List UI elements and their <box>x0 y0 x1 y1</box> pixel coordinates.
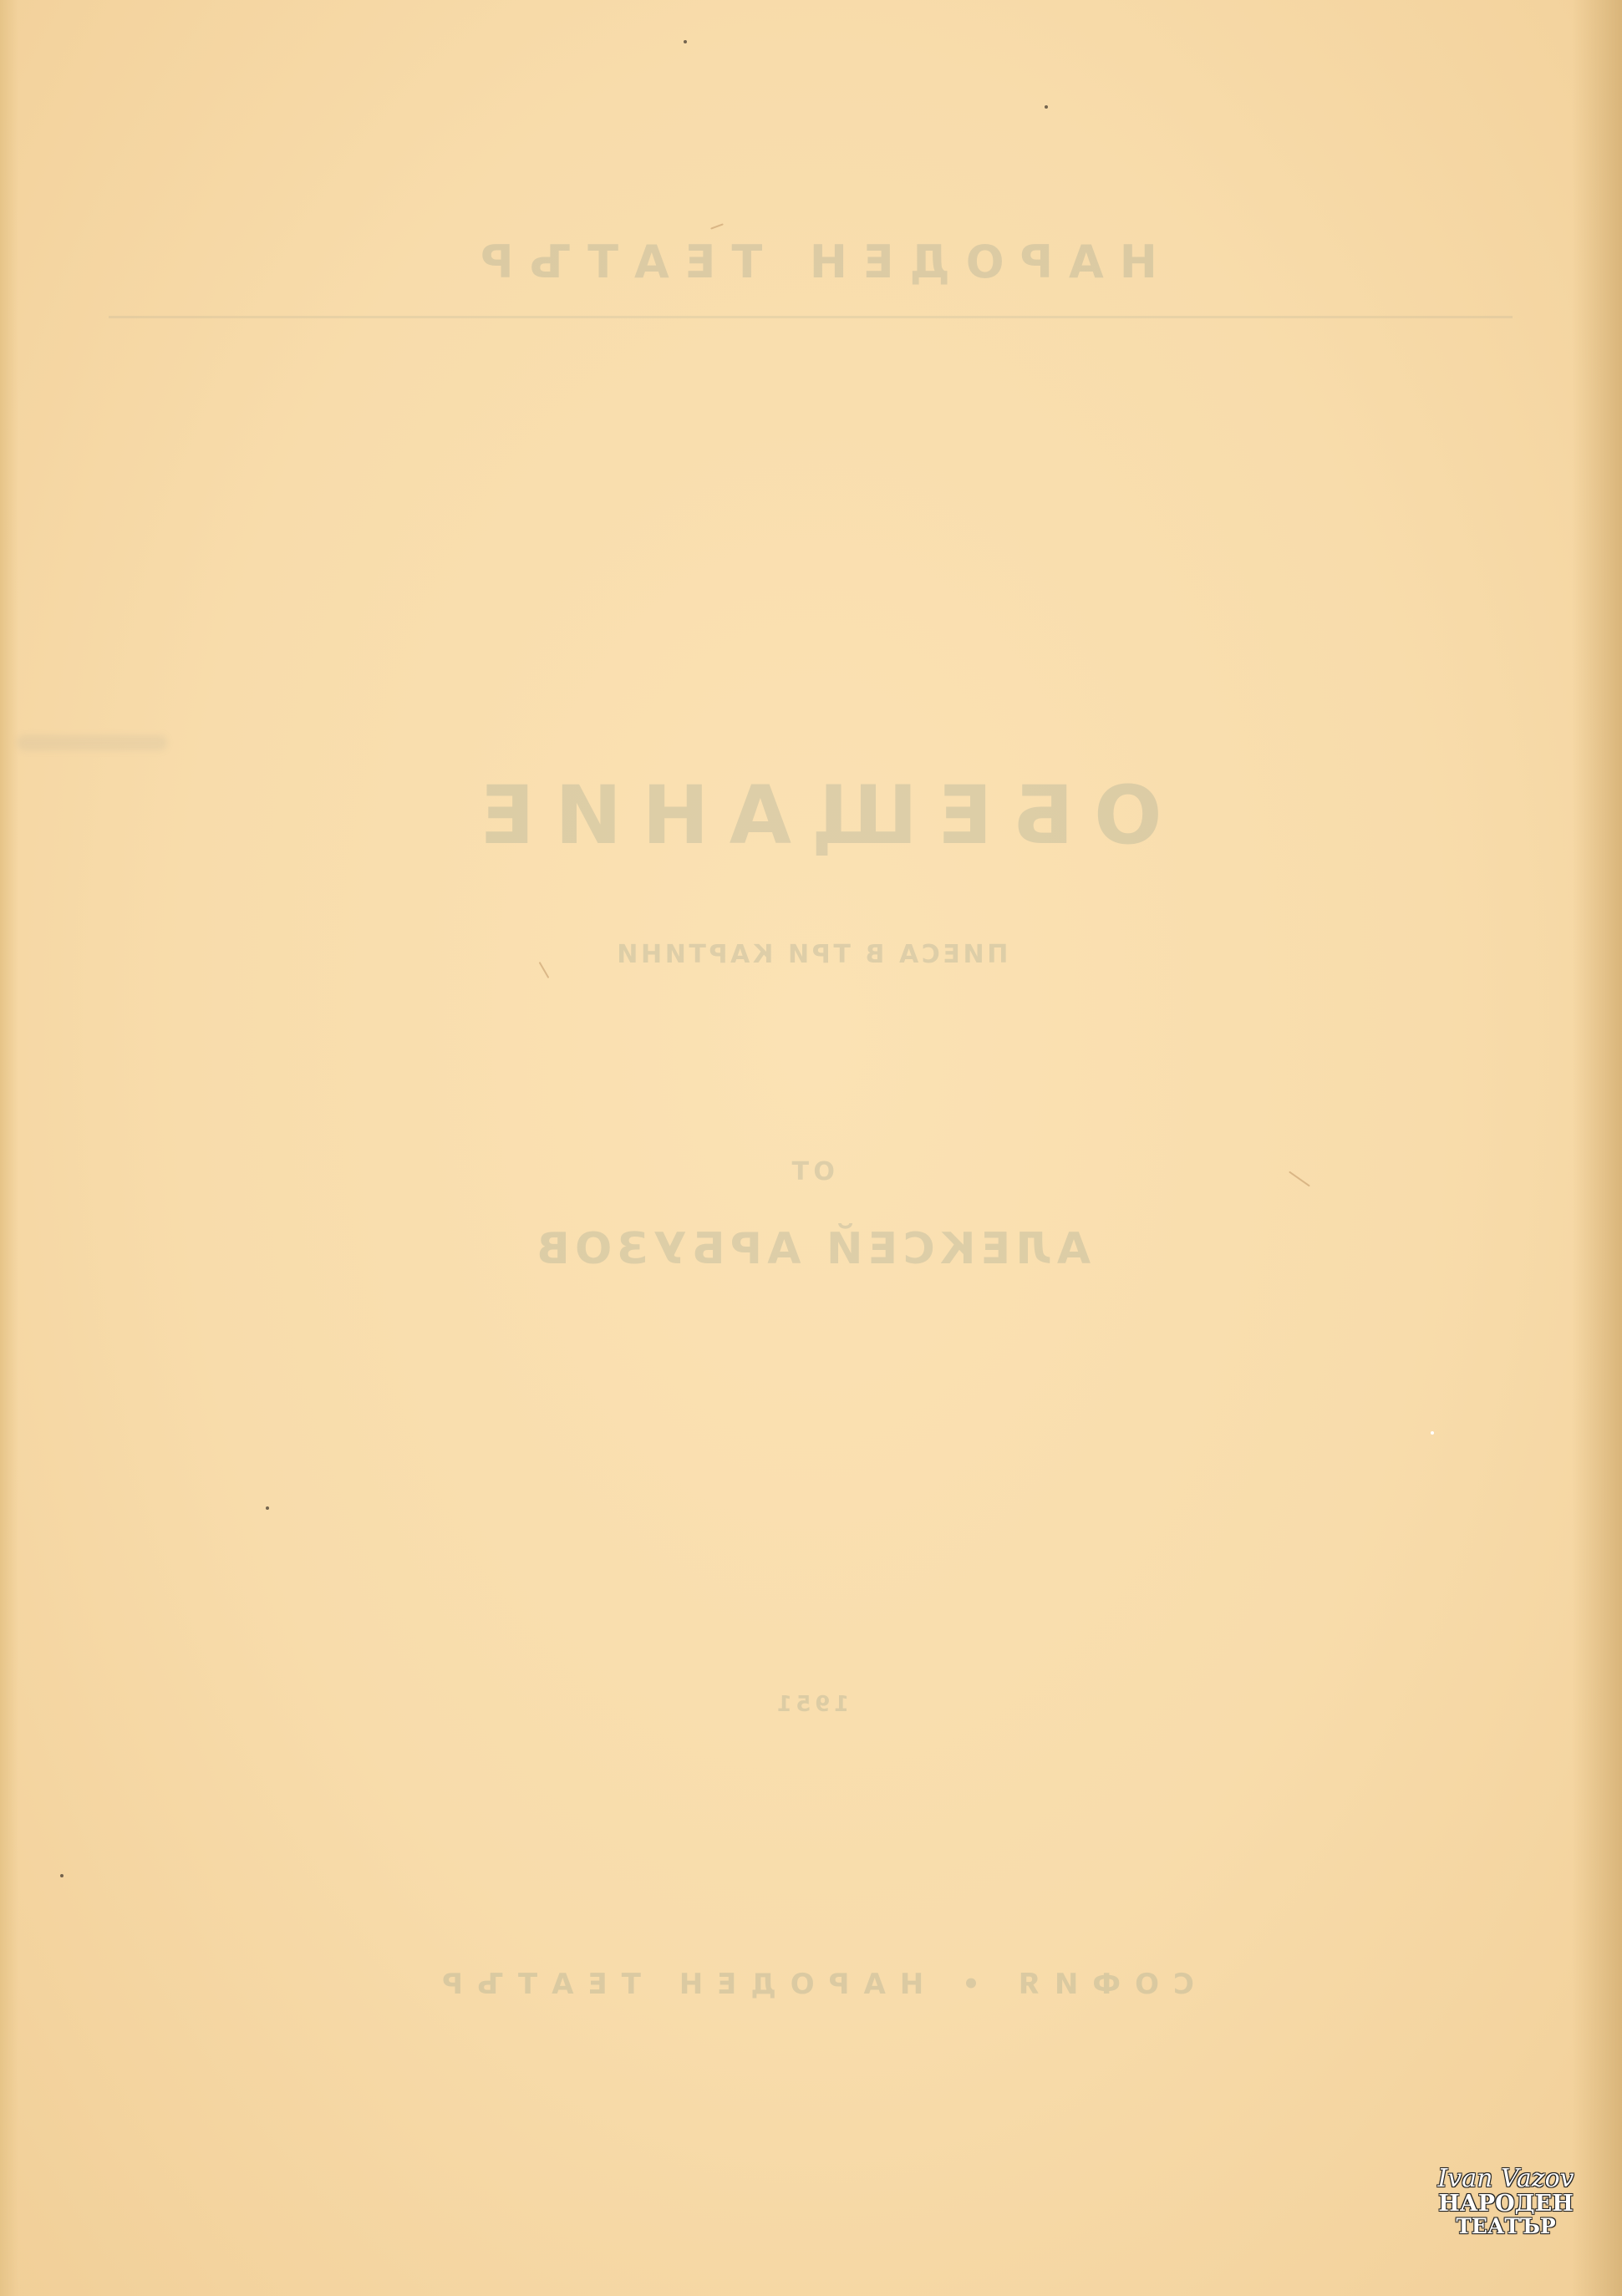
logo-line-2: ТЕАТЪР <box>1431 2216 1581 2238</box>
ghost-subtitle: ПИЕСА В ТРИ КАРТИНИ <box>0 940 1622 969</box>
speck <box>1431 1431 1434 1435</box>
ghost-footer: СОФИЯ • НАРОДЕН ТЕАТЪР <box>0 1968 1622 2001</box>
logo-signature: Ivan Vazov <box>1431 2166 1581 2192</box>
smudge-mark <box>17 735 167 750</box>
ghost-by: ОТ <box>0 1157 1622 1186</box>
ghost-header-rule <box>109 316 1513 318</box>
ghost-author: АЛЕКСЕЙ АРБУЗОВ <box>0 1224 1622 1274</box>
paper-left-edge <box>0 0 18 2296</box>
speck <box>684 40 687 43</box>
speck <box>1045 105 1048 109</box>
ghost-header: НАРОДЕН ТЕАТЪР <box>0 236 1622 288</box>
ghost-title: ОБЕЩАНИЕ <box>0 769 1622 862</box>
theatre-logo-watermark: Ivan Vazov НАРОДЕН ТЕАТЪР <box>1431 2166 1581 2238</box>
ghost-year: 1951 <box>0 1692 1622 1717</box>
paper-right-edge <box>1572 0 1622 2296</box>
logo-line-1: НАРОДЕН <box>1431 2192 1581 2216</box>
paper-page <box>0 0 1622 2296</box>
speck <box>266 1506 269 1510</box>
speck <box>60 1874 64 1877</box>
